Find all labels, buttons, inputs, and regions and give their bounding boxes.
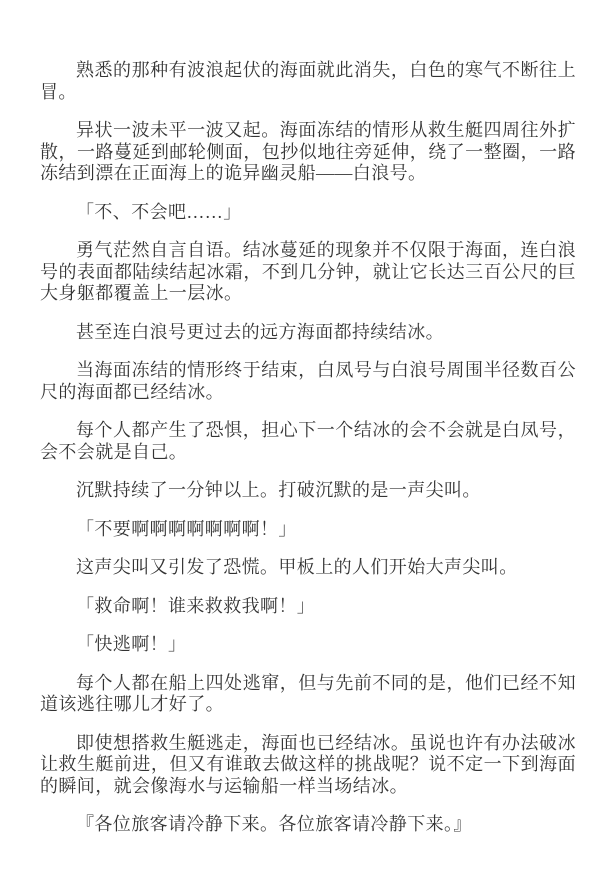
paragraph: 每个人都在船上四处逃窜，但与先前不同的是，他们已经不知道该逃往哪儿才好了。 <box>40 673 576 716</box>
paragraph: 「快逃啊！」 <box>40 634 576 656</box>
paragraph: 「不、不会吧……」 <box>40 202 576 224</box>
paragraph: 沉默持续了一分钟以上。打破沉默的是一声尖叫。 <box>40 480 576 502</box>
paragraph: 『各位旅客请冷静下来。各位旅客请冷静下来。』 <box>40 814 576 836</box>
paragraph: 勇气茫然自言自语。结冰蔓延的现象并不仅限于海面，连白浪号的表面都陆续结起冰霜，不… <box>40 240 576 305</box>
paragraph: 甚至连白浪号更过去的远方海面都持续结冰。 <box>40 322 576 344</box>
text-content: 熟悉的那种有波浪起伏的海面就此消失，白色的寒气不断往上冒。异状一波未平一波又起。… <box>40 60 576 836</box>
paragraph: 「不要啊啊啊啊啊啊啊！」 <box>40 519 576 541</box>
paragraph: 熟悉的那种有波浪起伏的海面就此消失，白色的寒气不断往上冒。 <box>40 60 576 103</box>
paragraph: 即使想搭救生艇逃走，海面也已经结冰。虽说也许有办法破冰让救生艇前进，但又有谁敢去… <box>40 733 576 798</box>
paragraph: 每个人都产生了恐惧，担心下一个结冰的会不会就是白凤号，会不会就是自己。 <box>40 420 576 463</box>
novel-page: 熟悉的那种有波浪起伏的海面就此消失，白色的寒气不断往上冒。异状一波未平一波又起。… <box>0 0 613 869</box>
paragraph: 这声尖叫又引发了恐慌。甲板上的人们开始大声尖叫。 <box>40 557 576 579</box>
paragraph: 异状一波未平一波又起。海面冻结的情形从救生艇四周往外扩散，一路蔓延到邮轮侧面，包… <box>40 120 576 185</box>
paragraph: 「救命啊！谁来救救我啊！」 <box>40 596 576 618</box>
paragraph: 当海面冻结的情形终于结束，白凤号与白浪号周围半径数百公尺的海面都已经结冰。 <box>40 360 576 403</box>
